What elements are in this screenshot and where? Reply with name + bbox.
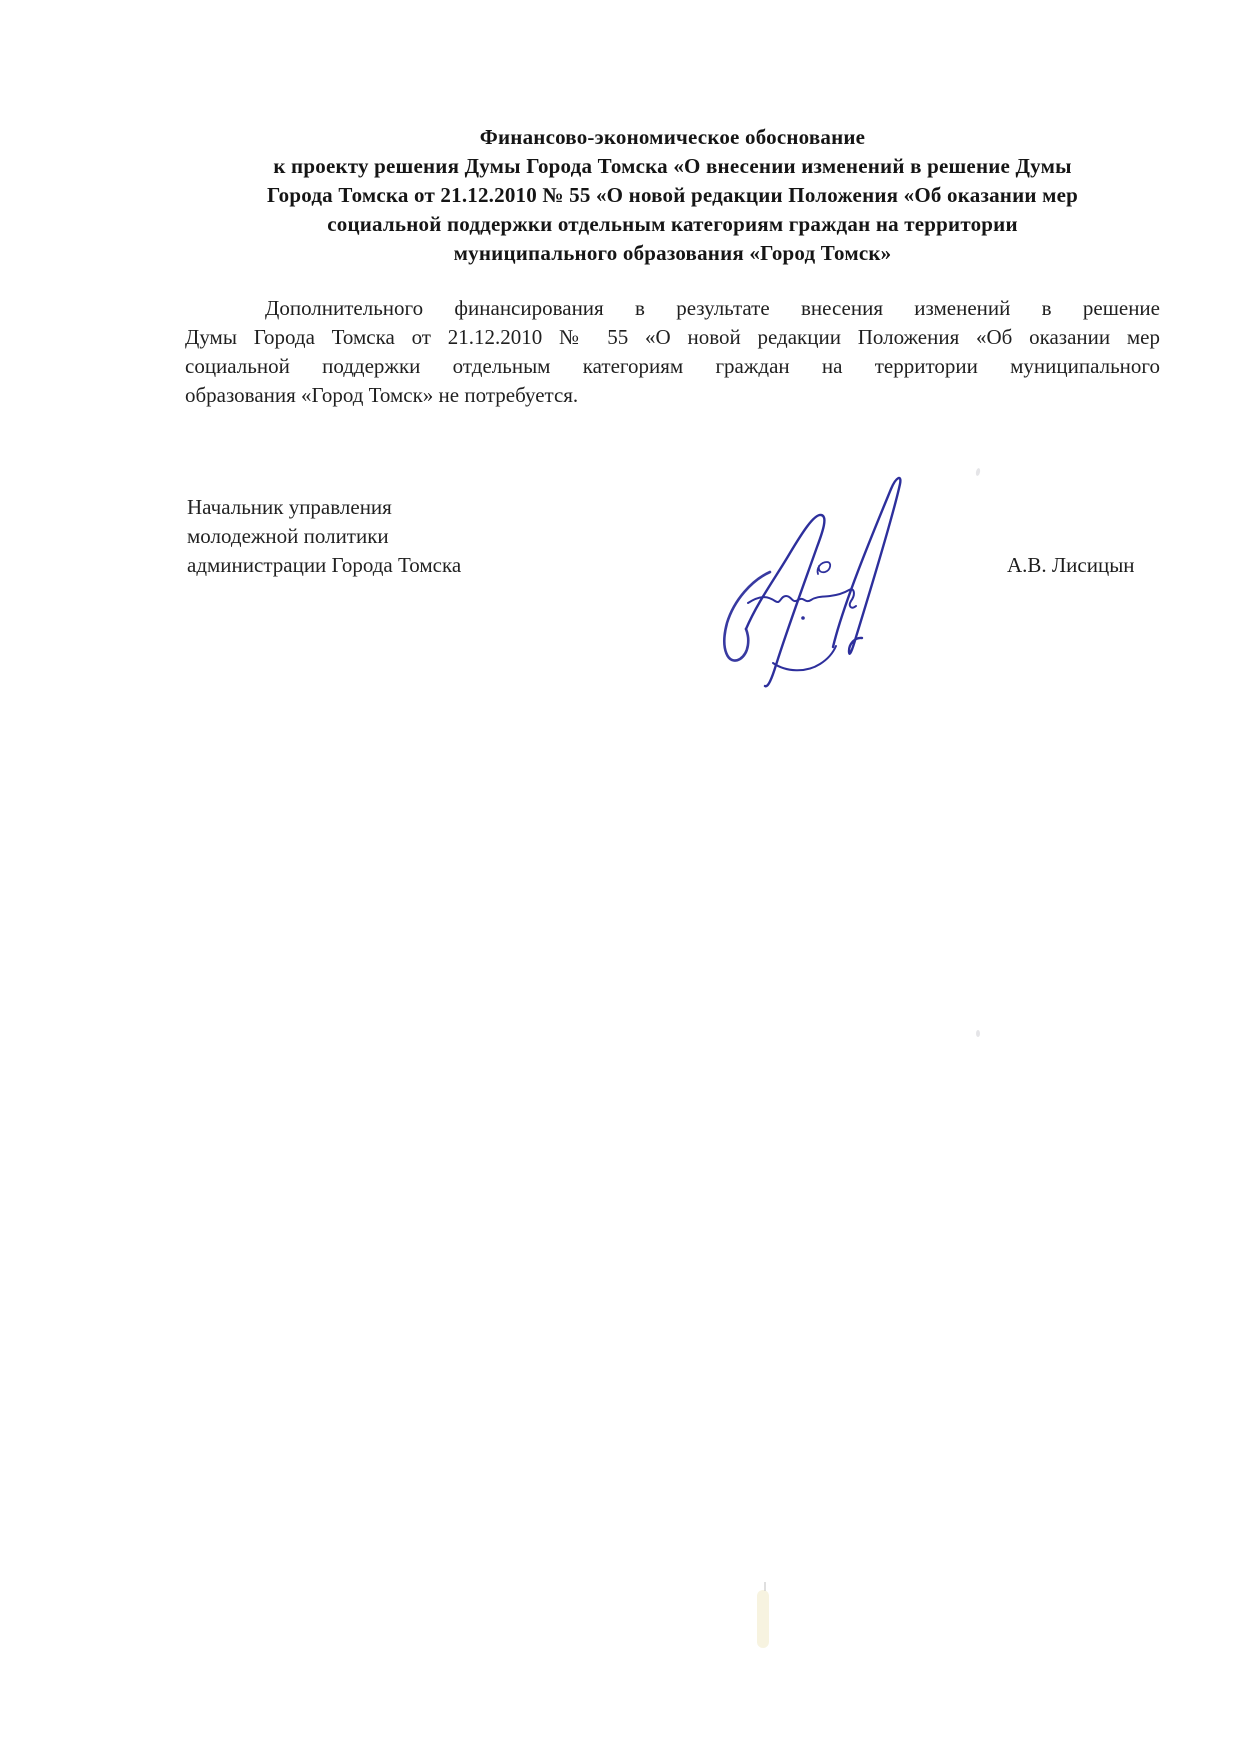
position-line-2: молодежной политики — [187, 522, 607, 551]
signatory-position: Начальник управления молодежной политики… — [187, 493, 607, 580]
scan-speck — [976, 1030, 980, 1037]
body-line-2: Думы Города Томска от 21.12.2010 № 55 «О… — [185, 323, 1160, 352]
body-paragraph: Дополнительного финансирования в результ… — [185, 294, 1160, 410]
scan-speck — [975, 468, 981, 477]
body-line-4: образования «Город Томск» не потребуется… — [185, 381, 1160, 410]
document-page: Финансово-экономическое обоснование к пр… — [0, 0, 1240, 1753]
scan-smudge-tick — [764, 1582, 766, 1591]
title-line-1: Финансово-экономическое обоснование — [185, 123, 1160, 152]
title-line-5: муниципального образования «Город Томск» — [185, 239, 1160, 268]
signatory-name: А.В. Лисицын — [1007, 551, 1135, 580]
handwritten-signature-icon — [652, 425, 952, 695]
body-line-1: Дополнительного финансирования в результ… — [185, 294, 1160, 323]
document-title: Финансово-экономическое обоснование к пр… — [185, 123, 1160, 268]
position-line-3: администрации Города Томска — [187, 551, 607, 580]
title-line-2: к проекту решения Думы Города Томска «О … — [185, 152, 1160, 181]
scan-smudge — [757, 1590, 769, 1648]
position-line-1: Начальник управления — [187, 493, 607, 522]
body-line-3: социальной поддержки отдельным категория… — [185, 352, 1160, 381]
title-line-4: социальной поддержки отдельным категория… — [185, 210, 1160, 239]
title-line-3: Города Томска от 21.12.2010 № 55 «О ново… — [185, 181, 1160, 210]
